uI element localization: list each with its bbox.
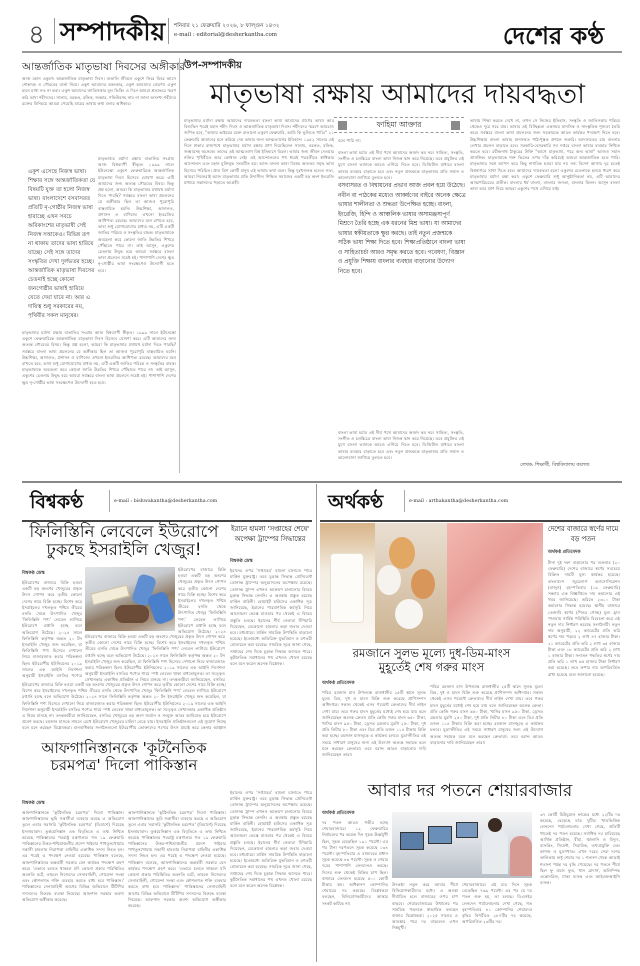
- israeli-dates-photo: [85, 567, 175, 631]
- author-signature: লেখক: শিক্ষার্থী, বিশ্ববিদ্যালয় কলেজ: [520, 462, 589, 470]
- israeli-dates-body-col3: ইউরোপের বাজারে বিক্রি হওয়া একটি বড় অংশ…: [22, 682, 226, 730]
- photo-milk-panel: [320, 523, 375, 643]
- photo-person-shirt: [482, 830, 508, 874]
- editorial-intro: আজ মহান একুশে। আন্তর্জাতিক মাতৃভাষা দিবস…: [22, 76, 176, 148]
- photo-crate: [90, 585, 130, 606]
- share-market-body-col4: ৩৭ কোটি মিউচুয়াল ফান্ডের মধ্যে ২২টির দর…: [540, 812, 620, 960]
- israeli-dates-byline: বিশ্বকণ্ঠ ডেস্ক: [22, 570, 45, 577]
- share-market-body-col2: উৎকণ্ঠা নতুন করে আবার শীর্ষে বিনিয়োগকার…: [392, 882, 458, 960]
- photo-egg-white: [377, 565, 401, 595]
- israeli-dates-headline: ফিলিস্তিনি লেবেলে ইউরোপে ঢুকছে ইসরাইলি খ…: [22, 523, 226, 559]
- share-market-photo: [392, 812, 532, 878]
- milk-egg-meat-photo: [320, 523, 543, 643]
- photo-monitor-3: [456, 822, 478, 838]
- photo-monitor-2: [428, 826, 452, 844]
- iran-attack-headline: ইরানে হামলা 'সপ্তাহের শেষে' অপেক্ষা ট্রা…: [228, 524, 312, 544]
- photo-person-2: [510, 836, 532, 876]
- sub-editorial-label: উপ-সম্পাদকীয়: [184, 59, 242, 74]
- sub-editorial-col2-intro: বলে পারি না।: [338, 138, 464, 146]
- sub-editorial-quote: বসবাসরত ও বিশ্বায়নের প্রভাব আজ প্রবল হয…: [338, 182, 466, 422]
- ramadan-body-col2: পবিত্র রমজান মাস উপলক্ষে রাজধানীর ২৫টি স…: [430, 684, 543, 766]
- afghan-body-col2: আফগানিস্তানকে 'কূটনৈতিক চরমপত্র' দিলো পা…: [128, 810, 226, 960]
- photo-eggs-panel: [375, 523, 447, 643]
- afghan-byline: বিশ্বকণ্ঠ ডেস্ক: [22, 800, 45, 807]
- afghan-headline-line1: আফগানিস্তানকে 'কূটনৈতিক: [22, 740, 226, 757]
- photo-egg-brown: [389, 537, 415, 569]
- editorial-title: আন্তর্জাতিক মাতৃভাষা দিবসের অঙ্গীকার: [22, 60, 185, 77]
- afghan-body-col1: আফগানিস্তানকে 'কূটনৈতিক চরমপত্র' দিলো পা…: [22, 810, 124, 960]
- photo-dates: [115, 605, 149, 623]
- date-line: শনিবার ২১ ফেব্রুয়ারি ২০২৬, ৮ ফাল্গুন ১৪…: [174, 22, 279, 30]
- share-market-headline: আবার দর পতনে শেয়ারবাজার: [320, 782, 620, 801]
- author-name: ফাহিমা আক্তার: [334, 120, 464, 132]
- iran-attack-body: ইরানের ওপর 'সপ্তাহের' হামলা চালাতে পারে …: [230, 568, 312, 788]
- bishwakantha-logo: বিশ্বকণ্ঠ: [30, 488, 83, 520]
- share-market-body-col3: শেয়ারবাজারে। এই চার দিনে সূচক বেড়েছিল …: [462, 882, 532, 960]
- ramadan-headline-line1: রমজানে সুলভ মূল্যে দুধ-ডিম-মাংস: [320, 646, 543, 660]
- israeli-dates-headline-line1: ফিলিস্তিনি লেবেলে ইউরোপে: [22, 523, 226, 541]
- editorial-email: e-mail : editorial@desherkantha.com: [174, 31, 277, 39]
- iran-attack-byline: বিশ্বকণ্ঠ ডেস্ক: [230, 558, 253, 565]
- israeli-dates-body-col1: ইউরোপের বাজারে বিক্রি হওয়া একটি বড় অংশ…: [22, 580, 82, 678]
- gold-price-headline: দেশের বাজারে স্বর্ণের দামে বড় পতন: [546, 524, 620, 544]
- share-market-byline: অর্থকণ্ঠ প্রতিবেদক: [322, 810, 355, 817]
- photo-monitor-1: [400, 832, 424, 850]
- sub-editorial-col3: ভাষায় শিক্ষা করতে দেখে না, তখন সে নিজের…: [470, 118, 620, 448]
- photo-glove-right: [146, 590, 175, 625]
- editorial-body: মাতৃভাষার মর্যাদা রক্ষায় বাঙালির সংগ্রা…: [22, 330, 176, 470]
- iran-attack-body-cont: ইরানের ওপর 'সপ্তাহের' হামলা চালাতে পারে …: [230, 790, 312, 960]
- photo-milk-glass: [330, 553, 364, 623]
- bishwakantha-email: e-mail : bishwakantha@desherkantha.com: [114, 498, 217, 506]
- sub-editorial-col1: মাতৃভাষার মর্যাদা রক্ষায় আমাদের দায়বদ্…: [184, 118, 334, 473]
- author-box: ফাহিমা আক্তার: [334, 117, 464, 133]
- photo-person-head: [488, 818, 502, 832]
- afghan-headline: আফগানিস্তানকে 'কূটনৈতিক চরমপত্র' দিলো পা…: [22, 740, 226, 773]
- israeli-dates-headline-line2: ঢুকছে ইসরাইলি খেজুর!: [22, 541, 226, 559]
- ramadan-headline: রমজানে সুলভ মূল্যে দুধ-ডিম-মাংস মুহূর্তে…: [320, 646, 543, 674]
- photo-egg-brown-2: [411, 569, 435, 599]
- gold-price-byline: অর্থকণ্ঠ প্রতিবেদক: [548, 549, 581, 556]
- ramadan-body-col1: পবিত্র রমজান মাস উপলক্ষে রাজধানীর ২৫টি স…: [322, 690, 426, 766]
- editorial-body-col: মাতৃভাষার মর্যাদা রক্ষায় বাঙালির সংগ্রা…: [98, 156, 174, 326]
- arthakantha-email: e-mail : arthakantha@desherkantha.com: [409, 498, 508, 506]
- arthakantha-logo: অর্থকণ্ঠ: [328, 488, 383, 520]
- section-title: সম্পাদকীয়: [60, 12, 165, 55]
- gold-price-body: টানা দুই দফা বাড়ানোর পর শুক্রবার (২০ ফে…: [548, 560, 620, 765]
- israeli-dates-body-col4: ইউরোপের বাজারে বিক্রি হওয়া একটি বড় অংশ…: [85, 634, 225, 684]
- ramadan-byline: অর্থকণ্ঠ প্রতিবেদক: [322, 680, 355, 687]
- author-box-right-square: [451, 121, 460, 130]
- editorial-pullquote: একুশ এসেছে নিজস্ব ভাষা। শিক্ষার সঙ্গে আন…: [28, 168, 96, 318]
- afghan-headline-line2: চরমপত্র' দিলো পাকিস্তান: [22, 757, 226, 774]
- sub-editorial-col2-end: বাংলা ভাষা চর্চার এই দীর্ঘ পথে আমাদের অর…: [338, 430, 464, 472]
- share-market-body-col1: দর পতন আরও গভীর হচ্ছে শেয়ারবাজারে। ১২ ফ…: [322, 820, 388, 955]
- photo-meat-panel: [447, 523, 543, 643]
- photo-egg-white-2: [395, 599, 423, 629]
- sub-editorial-headline: মাতৃভাষা রক্ষায় আমাদের দায়বদ্ধতা: [210, 80, 640, 110]
- ramadan-headline-line2: মুহূর্তেই শেষ গরুর মাংস: [320, 660, 543, 674]
- israeli-dates-body-col2: ইউরোপের বাজারে বিক্রি হওয়া একটি বড় অংশ…: [178, 567, 226, 635]
